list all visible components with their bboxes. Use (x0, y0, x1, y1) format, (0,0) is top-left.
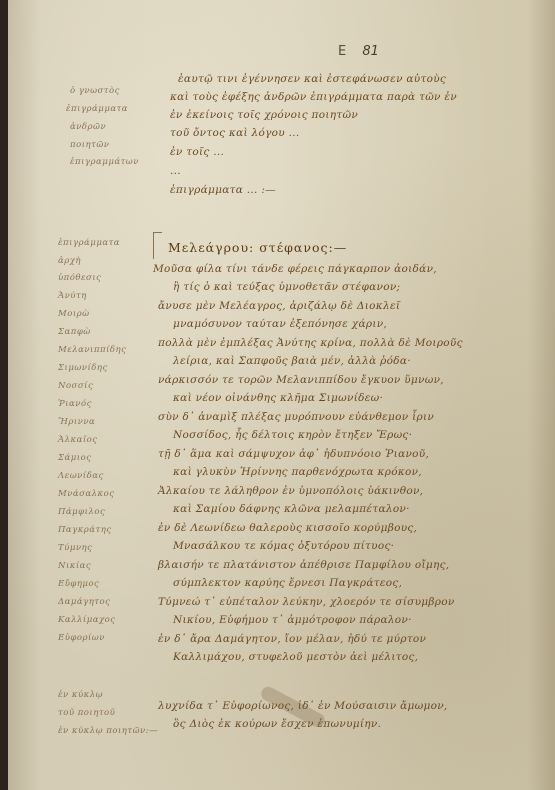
margin-note: ὁ γνωστὸς (70, 86, 120, 96)
text-line: ἐπιγράμματα ... :— (170, 184, 276, 196)
margin-note: ἀνδρῶν (70, 122, 106, 132)
text-line: ἑαυτῷ τινι ἐγέννησεν καὶ ἐστεφάνωσεν αὐτ… (178, 73, 446, 85)
margin-note: Ἀνύτη (58, 291, 87, 301)
text-line: λείρια, καὶ Σαπφοῦς βαιὰ μέν, ἀλλὰ ῥόδα· (173, 355, 411, 367)
text-line: Καλλιμάχου, στυφελοῦ μεστὸν ἀεὶ μέλιτος, (173, 651, 418, 663)
margin-note: Νικίας (58, 561, 91, 571)
margin-note: Λεωνίδας (58, 471, 104, 481)
section-rule (153, 232, 162, 259)
margin-note: ποιητῶν (70, 140, 109, 150)
folio-number: 81 (362, 44, 379, 59)
text-line: καὶ γλυκὺν Ἠρίννης παρθενόχρωτα κρόκον, (173, 466, 422, 478)
margin-note: Μελανιππίδης (58, 345, 126, 355)
margin-note: Μνάσαλκος (58, 489, 115, 499)
margin-note: Εὐφορίων (58, 633, 105, 643)
margin-note: ὑπόθεσις (58, 273, 101, 283)
text-line: τῇ δ᾽ ἅμα καὶ σάμψυχον ἀφ᾽ ἡδυπνόοιο Ῥια… (158, 448, 429, 460)
section-heading: Μελεάγρου: στέφανος:— (168, 240, 347, 255)
manuscript-page: Ε 81 ἑαυτῷ τινι ἐγέννησεν καὶ ἐστεφάνωσε… (8, 0, 555, 790)
margin-note: Σιμωνίδης (58, 363, 108, 373)
text-line: Νικίου, Εὐφήμου τ᾽ ἀμμότροφον πάραλον· (173, 614, 412, 626)
text-line: καὶ νέον οἰνάνθης κλῆμα Σιμωνίδεω· (173, 392, 383, 404)
text-line: σὺν δ᾽ ἀναμὶξ πλέξας μυρόπνουν εὐάνθεμον… (158, 411, 434, 423)
margin-note: Δαμάγητος (58, 597, 110, 607)
margin-note: τοῦ ποιητοῦ (58, 708, 115, 718)
margin-note: Παγκράτης (58, 525, 112, 535)
text-line: μναμόσυνον ταύταν ἐξεπόνησε χάριν, (173, 318, 387, 330)
text-line: πολλὰ μὲν ἐμπλέξας Ἀνύτης κρίνα, πολλὰ δ… (158, 337, 463, 349)
text-line: Τύμνεώ τ᾽ εὐπέταλον λεύκην, χλοερόν τε σ… (158, 596, 455, 608)
margin-note: Ἤριννα (58, 417, 95, 427)
margin-note: Ἀλκαῖος (58, 435, 98, 445)
text-line: ἢ τίς ὁ καὶ τεύξας ὑμνοθετᾶν στέφανον; (173, 281, 400, 293)
text-line: καὶ Σαμίου δάφνης κλῶνα μελαμπέταλον· (173, 503, 410, 515)
text-line: νάρκισσόν τε τορῶν Μελανιππίδου ἔγκυον ὕ… (158, 374, 444, 386)
margin-note: Πάμφιλος (58, 507, 105, 517)
text-line: ἐν δ᾽ ἄρα Δαμάγητον, ἴον μέλαν, ἡδύ τε μ… (158, 633, 426, 645)
margin-note: ἐπιγράμματα (58, 238, 120, 248)
margin-note: ἐπιγράμματα (66, 104, 128, 114)
text-line: καὶ τοὺς ἐφέξης ἀνδρῶν ἐπιγράμματα παρὰ … (170, 91, 457, 103)
text-line: Ἀλκαίου τε λάληθρον ἐν ὑμνοπόλοις ὑάκινθ… (158, 485, 423, 497)
text-line: ἄνυσε μὲν Μελέαγρος, ἀριζάλῳ δὲ Διοκλεῖ (158, 300, 400, 312)
margin-note: Καλλίμαχος (58, 615, 116, 625)
margin-note: ἐπιγραμμάτων (70, 157, 139, 167)
margin-note: Τύμνης (58, 543, 92, 553)
text-line: Νοσσίδος, ἧς δέλτοις κηρὸν ἔτηξεν Ἔρως· (173, 429, 412, 441)
text-line: ἐν ἐκείνοις τοῖς χρόνοις ποιητῶν (170, 109, 358, 121)
margin-note: Εὔφημος (58, 579, 99, 589)
text-line: ἐν τοῖς ... (170, 146, 224, 158)
text-line: τοῦ ὄντος καὶ λόγου ... (170, 127, 300, 139)
text-line: ἐν δὲ Λεωνίδεω θαλεροὺς κισσοῖο κορύμβου… (158, 522, 417, 534)
folio-letter: Ε (338, 44, 346, 59)
text-line: βλαισήν τε πλατάνιστον ἀπέθρισε Παμφίλου… (158, 559, 449, 571)
margin-note: ἀρχὴ (58, 256, 81, 266)
margin-note: Σαπφὼ (58, 327, 91, 337)
margin-note: ἐν κύκλῳ ποιητῶν:— (58, 726, 158, 736)
margin-note: Ῥιανός (58, 399, 92, 409)
text-line: Μνασάλκου τε κόμας ὀξυτόρου πίτυος· (173, 540, 394, 552)
text-line: σύμπλεκτον καρύης ἔρνεσι Παγκράτεος, (173, 577, 402, 589)
folio-mark: Ε 81 (338, 44, 379, 59)
text-line: ... (170, 165, 181, 177)
margin-note: Σάμιος (58, 453, 92, 463)
text-line: ὃς Διὸς ἐκ κούρων ἔσχεν ἐπωνυμίην. (173, 718, 381, 730)
text-line: Μοῦσα φίλα τίνι τάνδε φέρεις πάγκαρπον ἀ… (153, 263, 437, 275)
margin-note: Μοιρὼ (58, 309, 90, 319)
margin-note: Νοσσίς (58, 381, 93, 391)
margin-note: ἐν κύκλῳ (58, 690, 103, 700)
